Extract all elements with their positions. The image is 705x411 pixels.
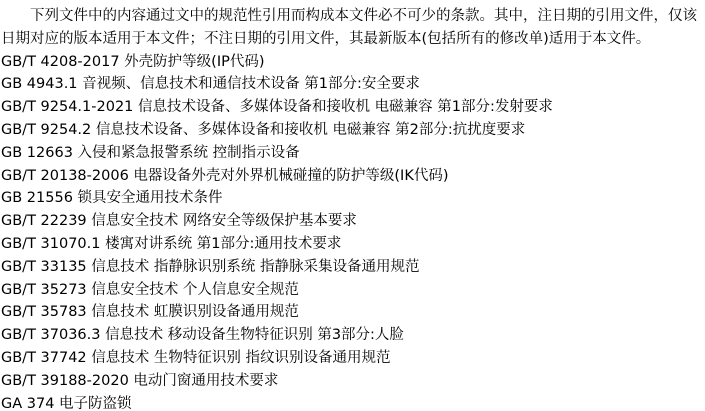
reference-line: GB/T 9254.2 信息技术设备、多媒体设备和接收机 电磁兼容 第2部分:抗… (1, 119, 703, 142)
reference-line: GB/T 37036.3 信息技术 移动设备生物特征识别 第3部分:人脸 (1, 324, 703, 347)
reference-line: GB/T 20138-2006 电器设备外壳对外界机械碰撞的防护等级(IK代码) (1, 165, 703, 188)
reference-line: GB/T 35273 信息安全技术 个人信息安全规范 (1, 279, 703, 302)
reference-line: GB/T 22239 信息安全技术 网络安全等级保护基本要求 (1, 210, 703, 233)
reference-line: GB/T 31070.1 楼寓对讲系统 第1部分:通用技术要求 (1, 233, 703, 256)
reference-line: GB 21556 锁具安全通用技术条件 (1, 187, 703, 210)
reference-line: GB 12663 入侵和紧急报警系统 控制指示设备 (1, 142, 703, 165)
intro-paragraph: 下列文件中的内容通过文中的规范性引用而构成本文件必不可少的条款。其中，注日期的引… (1, 5, 703, 51)
reference-list: GB/T 4208-2017 外壳防护等级(IP代码)GB 4943.1 音视频… (1, 51, 703, 411)
reference-line: GB/T 4208-2017 外壳防护等级(IP代码) (1, 51, 703, 74)
reference-line: GA 374 电子防盗锁 (1, 393, 703, 411)
reference-line: GB/T 9254.1-2021 信息技术设备、多媒体设备和接收机 电磁兼容 第… (1, 96, 703, 119)
reference-line: GB/T 39188-2020 电动门窗通用技术要求 (1, 370, 703, 393)
reference-line: GB/T 37742 信息技术 生物特征识别 指纹识别设备通用规范 (1, 347, 703, 370)
reference-line: GB/T 35783 信息技术 虹膜识别设备通用规范 (1, 301, 703, 324)
reference-line: GB 4943.1 音视频、信息技术和通信技术设备 第1部分:安全要求 (1, 73, 703, 96)
reference-line: GB/T 33135 信息技术 指静脉识别系统 指静脉采集设备通用规范 (1, 256, 703, 279)
normative-references-section: 下列文件中的内容通过文中的规范性引用而构成本文件必不可少的条款。其中，注日期的引… (0, 0, 705, 411)
